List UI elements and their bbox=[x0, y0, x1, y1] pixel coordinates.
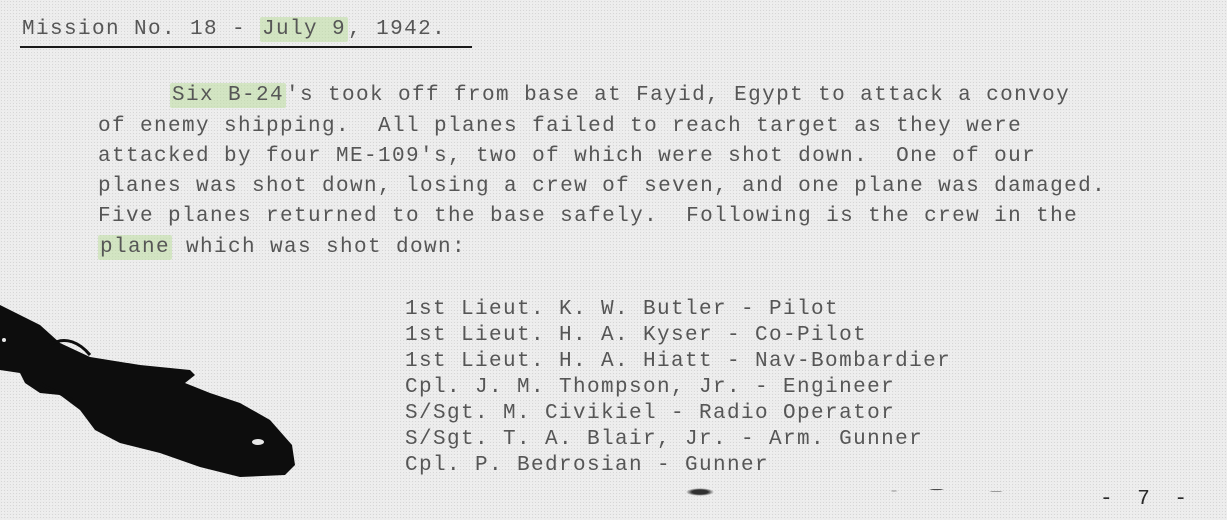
mission-heading: Mission No. 18 - July 9, 1942. bbox=[22, 18, 446, 42]
ink-smudge bbox=[860, 484, 1030, 498]
line-text: attacked by four ME-109's, two of which … bbox=[98, 145, 1036, 168]
paragraph-line: attacked by four ME-109's, two of which … bbox=[98, 145, 1036, 169]
paragraph-line: planes was shot down, losing a crew of s… bbox=[98, 175, 1106, 199]
crew-member: 1st Lieut. H. A. Hiatt - Nav-Bombardier bbox=[405, 350, 951, 376]
heading-date-highlight: July 9 bbox=[260, 17, 348, 42]
crew-member: S/Sgt. T. A. Blair, Jr. - Arm. Gunner bbox=[405, 428, 951, 454]
paragraph-line: Five planes returned to the base safely.… bbox=[98, 205, 1078, 229]
heading-suffix: , 1942. bbox=[348, 18, 446, 41]
crew-member: 1st Lieut. K. W. Butler - Pilot bbox=[405, 298, 951, 324]
crew-member: Cpl. P. Bedrosian - Gunner bbox=[405, 454, 951, 480]
crew-member: Cpl. J. M. Thompson, Jr. - Engineer bbox=[405, 376, 951, 402]
heading-underline bbox=[20, 46, 472, 48]
crew-list: 1st Lieut. K. W. Butler - Pilot 1st Lieu… bbox=[405, 298, 951, 480]
page-number: - 7 - bbox=[1100, 488, 1193, 511]
crew-member: S/Sgt. M. Civikiel - Radio Operator bbox=[405, 402, 951, 428]
line-text: which was shot down: bbox=[172, 236, 466, 259]
line-text: Five planes returned to the base safely.… bbox=[98, 205, 1078, 228]
line-text: of enemy shipping. All planes failed to … bbox=[98, 115, 1022, 138]
crew-member: 1st Lieut. H. A. Kyser - Co-Pilot bbox=[405, 324, 951, 350]
paragraph-line: Six B-24's took off from base at Fayid, … bbox=[170, 84, 1070, 108]
highlighted-text: plane bbox=[98, 235, 172, 260]
line-text: planes was shot down, losing a crew of s… bbox=[98, 175, 1106, 198]
paragraph-line: of enemy shipping. All planes failed to … bbox=[98, 115, 1022, 139]
line-text: 's took off from base at Fayid, Egypt to… bbox=[286, 84, 1070, 107]
heading-prefix: Mission No. 18 - bbox=[22, 18, 260, 41]
highlighted-text: Six B-24 bbox=[170, 83, 286, 108]
ink-blot-icon bbox=[0, 295, 300, 495]
paragraph-line: plane which was shot down: bbox=[98, 236, 466, 260]
ink-smudge bbox=[676, 482, 736, 502]
document-page: Mission No. 18 - July 9, 1942. Six B-24'… bbox=[0, 0, 1227, 520]
